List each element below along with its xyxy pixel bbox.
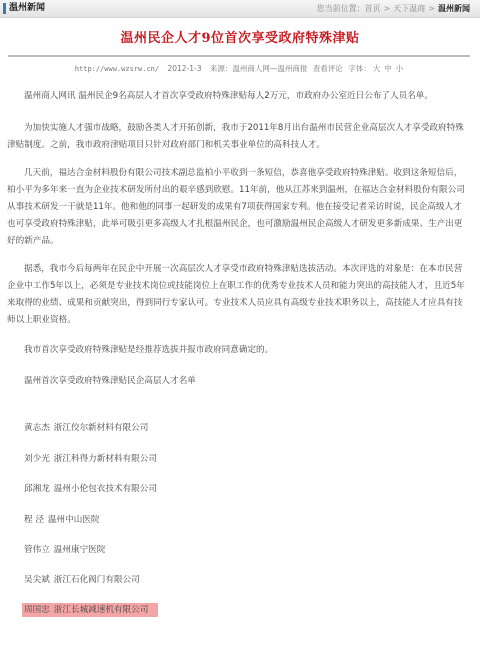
recipient-name: 周国忠 — [24, 605, 50, 615]
font-size-small[interactable]: 小 — [396, 64, 404, 73]
breadcrumb: 您当前位置：首页>天下温商>温州新闻 — [317, 2, 470, 15]
top-bar: 温州新闻 您当前位置：首页>天下温商>温州新闻 — [0, 0, 480, 18]
recipient-org: 温州康宁医院 — [54, 545, 106, 555]
font-size-label: 字体： — [348, 64, 371, 73]
article-url: http://www.wzsrw.cn/ — [75, 65, 159, 73]
recipient-item: 黄志杰浙江佼尔新材料有限公司 — [24, 421, 148, 435]
breadcrumb-separator: > — [384, 4, 391, 13]
list-heading: 温州首次享受政府特殊津贴民企高层人才名单 — [7, 373, 465, 390]
breadcrumb-home[interactable]: 首页 — [365, 4, 381, 13]
title-divider — [8, 55, 470, 57]
recipient-item: 刘少光浙江科得力新材料有限公司 — [24, 452, 157, 466]
recipient-item: 吴尖斌浙江石化阀门有限公司 — [24, 573, 140, 587]
highlight-marker: 周国忠浙江长城减速机有限公司 — [22, 603, 158, 617]
article-title: 温州民企人才9位首次享受政府特殊津贴 — [0, 27, 480, 46]
recipient-item: 邱湘龙温州小伦包衣技术有限公司 — [24, 482, 157, 496]
recipient-org: 浙江科得力新材料有限公司 — [54, 454, 157, 464]
article-source: 来源：温州商人网—温州商报 — [210, 64, 308, 73]
recipient-name: 吴尖斌 — [24, 575, 50, 585]
paragraph-policy: 为加快实施人才强市战略，鼓励各类人才开拓创新，我市于2011年8月出台温州市民营… — [7, 120, 465, 154]
font-size-switcher: 字体：大中小 — [348, 64, 405, 73]
recipient-name: 邱湘龙 — [24, 484, 50, 494]
paragraph-lead: 温州商人网讯 温州民企9名高层人才首次享受政府特殊津贴每人2万元，市政府办公室近… — [7, 88, 465, 105]
section-label: 温州新闻 — [9, 2, 45, 15]
recipient-name: 刘少光 — [24, 454, 50, 464]
article-date: 2012-1-3 — [167, 64, 201, 73]
recipient-org: 浙江佼尔新材料有限公司 — [54, 423, 149, 433]
article-body: 温州商人网讯 温州民企9名高层人才首次享受政府特殊津贴每人2万元，市政府办公室近… — [7, 88, 465, 401]
recipient-name: 程 泾 — [24, 515, 44, 525]
font-size-medium[interactable]: 中 — [384, 64, 392, 73]
recipient-org: 温州中山医院 — [48, 515, 100, 525]
breadcrumb-current: 温州新闻 — [438, 4, 470, 13]
article-meta: http://www.wzsrw.cn/ 2012-1-3 来源：温州商人网—温… — [0, 63, 480, 74]
view-comments-link[interactable]: 查看评论 — [313, 64, 343, 73]
recipient-item-highlighted: 周国忠浙江长城减速机有限公司 — [24, 603, 158, 617]
breadcrumb-tianxia-wenshang[interactable]: 天下温商 — [393, 4, 425, 13]
breadcrumb-separator: > — [428, 4, 435, 13]
recipient-name: 管伟立 — [24, 545, 50, 555]
section-accent-bar — [3, 3, 6, 14]
recipient-item: 管伟立温州康宁医院 — [24, 543, 105, 557]
paragraph-criteria: 据悉，我市今后每两年在民企中开展一次高层次人才享受市政府特殊津贴选拔活动。本次评… — [7, 261, 465, 329]
recipient-name: 黄志杰 — [24, 423, 50, 433]
recipient-org: 浙江长城减速机有限公司 — [54, 605, 149, 615]
recipient-org: 温州小伦包衣技术有限公司 — [54, 484, 157, 494]
paragraph-approval: 我市首次享受政府特殊津贴是经推荐选拔并报市政府同意确定的。 — [7, 342, 465, 359]
paragraph-example: 几天前，福达合金材料股份有限公司技术副总监柏小平收到一条短信，恭喜他享受政府特殊… — [7, 165, 465, 250]
recipient-item: 程 泾温州中山医院 — [24, 513, 100, 527]
breadcrumb-prefix: 您当前位置： — [317, 4, 365, 13]
recipient-org: 浙江石化阀门有限公司 — [54, 575, 140, 585]
font-size-large[interactable]: 大 — [373, 64, 381, 73]
